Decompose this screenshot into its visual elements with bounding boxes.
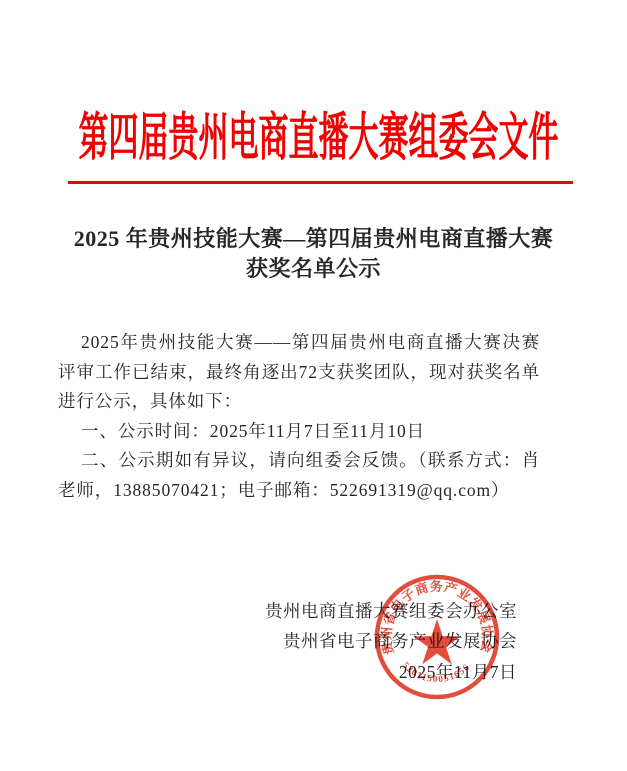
intro-paragraph: 2025年贵州技能大赛——第四届贵州电商直播大赛决赛评审工作已结束，最终角逐出7… bbox=[58, 328, 540, 417]
item-2-paragraph: 二、公示期如有异议，请向组委会反馈。（联系方式：肖老师，13885070421；… bbox=[58, 446, 540, 505]
document-title-line1: 2025 年贵州技能大赛—第四届贵州电商直播大赛 bbox=[0, 224, 627, 254]
red-divider-line bbox=[68, 181, 573, 184]
svg-text:5201150051656: 5201150051656 bbox=[400, 661, 472, 685]
seal-serial-number: 5201150051656 bbox=[400, 661, 472, 685]
official-seal-stamp: 贵州省电子商务产业发展协会 5201150051656 bbox=[367, 567, 507, 707]
document-body: 2025年贵州技能大赛——第四届贵州电商直播大赛决赛评审工作已结束，最终角逐出7… bbox=[58, 328, 540, 505]
document-page: 第四届贵州电商直播大赛组委会文件 2025 年贵州技能大赛—第四届贵州电商直播大… bbox=[0, 0, 627, 771]
document-title-line2: 获奖名单公示 bbox=[0, 254, 627, 284]
seal-star-icon bbox=[413, 619, 461, 664]
masthead-title: 第四届贵州电商直播大赛组委会文件 bbox=[79, 89, 559, 187]
item-1-paragraph: 一、公示时间：2025年11月7日至11月10日 bbox=[58, 417, 540, 447]
document-title: 2025 年贵州技能大赛—第四届贵州电商直播大赛 获奖名单公示 bbox=[0, 224, 627, 284]
document-masthead: 第四届贵州电商直播大赛组委会文件 bbox=[10, 110, 627, 167]
